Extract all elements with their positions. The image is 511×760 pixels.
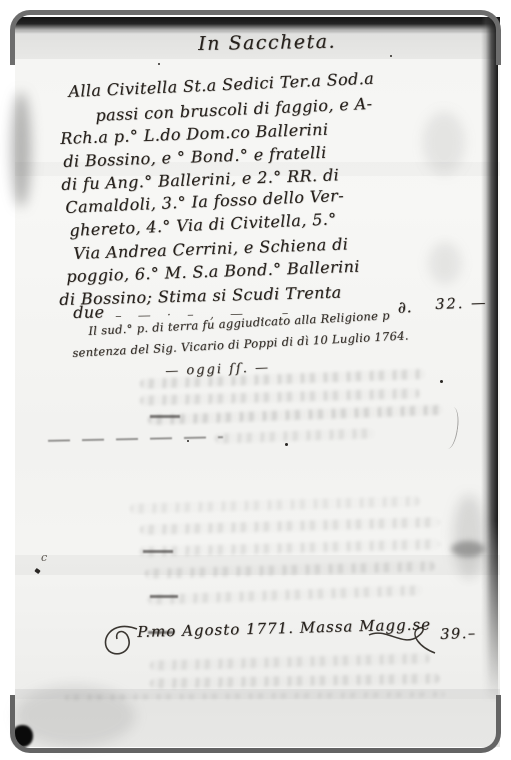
pen-arc-mark [440,406,461,450]
ink-speck [440,380,443,383]
faded-rule-line [48,436,223,442]
ink-speck [187,440,189,442]
ink-speck [158,63,160,65]
ink-smudge [423,112,465,174]
ink-dash [143,550,173,553]
faded-text-line [150,673,440,688]
faded-text-line [140,517,440,535]
document-viewer: In Saccheta. Alla Civitella St.a Sedici … [0,0,511,760]
calligraphic-flourish-right [367,625,439,659]
faded-text-line [148,405,443,425]
faded-text-line [148,585,423,605]
scan-dark-right-edge [481,17,498,717]
faded-text-line [215,428,375,444]
calligraphic-flourish-left [97,621,139,661]
entry-line: due [73,302,105,322]
ink-dash [150,415,180,418]
closing-amount-value: 39.– [440,626,477,643]
entry-amount-value: 32. — [435,295,488,313]
page-section-title: In Saccheta. [198,31,336,55]
ink-smudge [429,242,461,284]
faded-text-line [130,496,420,514]
faded-text-line [140,388,420,405]
ink-speck [390,55,392,57]
ink-smudge [451,541,485,557]
ink-smudge [453,495,485,579]
ink-dash [150,595,178,598]
ink-blot [12,725,33,747]
ink-speck [285,443,288,446]
margin-mark: c [41,551,48,564]
manuscript-scan-page: In Saccheta. Alla Civitella St.a Sedici … [15,17,500,747]
ink-smudge [11,92,31,207]
currency-symbol: ∂. [397,297,412,317]
entry-line: passi con bruscoli di faggio, e A- [95,94,373,125]
